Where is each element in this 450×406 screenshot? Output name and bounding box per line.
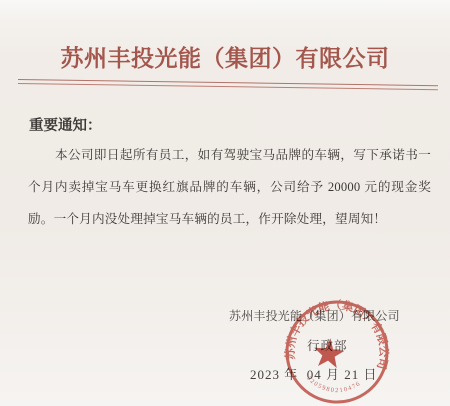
seal-ring-text: 苏州丰投光能（集团）有限公司 bbox=[282, 293, 397, 371]
letterhead-company-name: 苏州丰投光能（集团）有限公司 bbox=[0, 40, 450, 73]
notice-heading: 重要通知： bbox=[29, 114, 102, 135]
letterhead-divider bbox=[18, 79, 438, 90]
seal-code-text: 3205980210476 bbox=[304, 374, 363, 396]
stamp-star-icon bbox=[312, 337, 345, 369]
document-page: 苏州丰投光能（集团）有限公司 重要通知： 本公司即日起所有员工，如有驾驶宝马品牌… bbox=[0, 0, 450, 406]
company-seal-stamp: 苏州丰投光能（集团）有限公司 3205980210476 bbox=[278, 293, 397, 406]
notice-body-paragraph: 本公司即日起所有员工，如有驾驶宝马品牌的车辆，写下承诺书一个月内卖掉宝马车更换红… bbox=[28, 139, 431, 235]
